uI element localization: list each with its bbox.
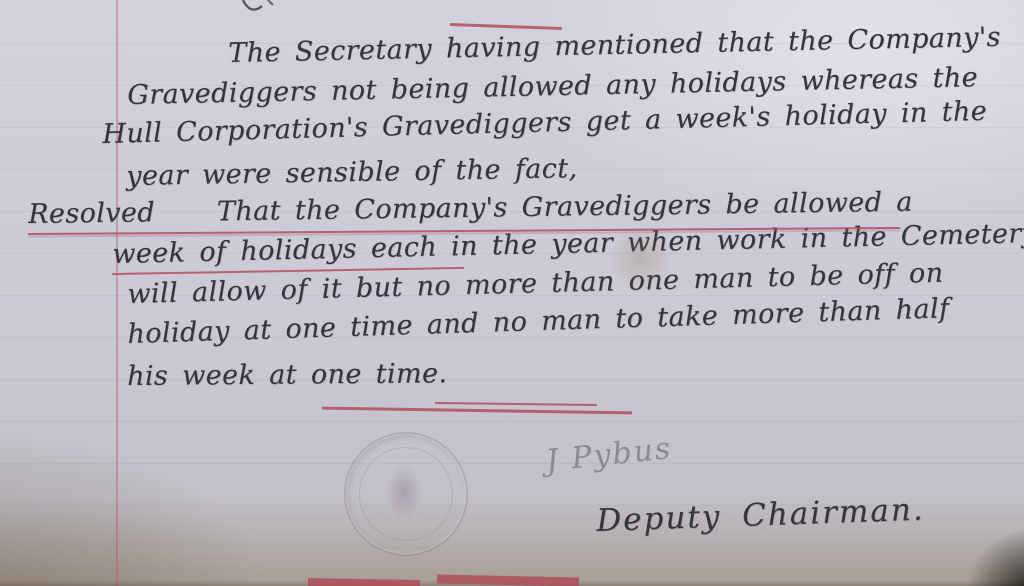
red-rule-end-lower [322, 407, 632, 414]
handwritten-line: year were sensible of the fact, [126, 153, 578, 192]
resolved-gap [155, 220, 217, 221]
cropped-stroke [240, 0, 284, 16]
handwritten-line: The Secretary having mentioned that the … [228, 22, 1001, 69]
signature: J Pybus [544, 431, 674, 479]
resolved-label: Resolved [28, 197, 155, 230]
paper-stain [605, 225, 677, 291]
minute-book-page: The Secretary having mentioned that the … [0, 0, 1024, 586]
red-margin-line [116, 0, 118, 586]
signature-title: Deputy Chairman. [596, 492, 925, 539]
red-rule-bottom-right [437, 575, 579, 586]
red-rule-end-upper [435, 402, 597, 406]
red-rule-top [450, 23, 562, 29]
handwritten-line: his week at one time. [127, 358, 448, 392]
embossed-seal [344, 432, 468, 556]
red-rule-bottom-left [308, 578, 420, 586]
resolution-text: That the Company's Gravediggers be allow… [217, 187, 913, 228]
